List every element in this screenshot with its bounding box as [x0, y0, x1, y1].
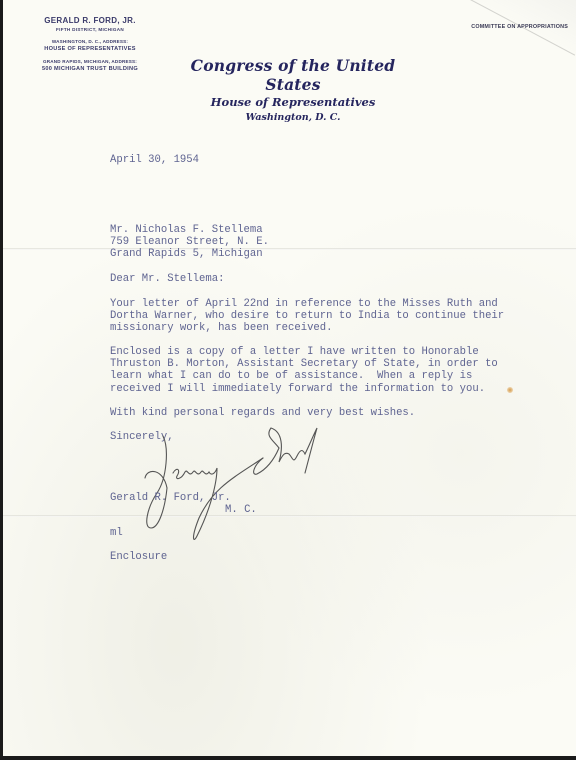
paragraph-line: received I will immediately forward the … [110, 383, 498, 395]
paragraph-line: missionary work, has been received. [110, 322, 504, 334]
paragraph-line: learn what I can do to be of assistance.… [110, 370, 498, 382]
washington-title: Washington, D. C. [173, 112, 413, 123]
sender-district: FIFTH DISTRICT, MICHIGAN [30, 27, 150, 32]
letter-date: April 30, 1954 [110, 154, 199, 166]
recipient-address: Mr. Nicholas F. Stellema759 Eleanor Stre… [110, 224, 269, 261]
congress-title: Congress of the United States [173, 56, 413, 94]
letterhead-title-block: Congress of the United States House of R… [173, 56, 413, 123]
recipient-line: Grand Rapids 5, Michigan [110, 248, 269, 260]
sender-name: GERALD R. FORD, JR. [30, 16, 150, 25]
typist-initials: ml [110, 527, 123, 539]
recipient-line: Mr. Nicholas F. Stellema [110, 224, 269, 236]
washington-address: HOUSE OF REPRESENTATIVES [30, 46, 150, 52]
paragraph-line: Dortha Warner, who desire to return to I… [110, 310, 504, 322]
fold-line-upper [3, 248, 576, 250]
letter-page: GERALD R. FORD, JR. FIFTH DISTRICT, MICH… [3, 0, 576, 756]
paragraph-1: Your letter of April 22nd in reference t… [110, 298, 504, 335]
signer-name: Gerald R. Ford, Jr. [110, 492, 231, 504]
letterhead-sender-block: GERALD R. FORD, JR. FIFTH DISTRICT, MICH… [30, 16, 150, 72]
grand-rapids-address-label: GRAND RAPIDS, MICHIGAN, ADDRESS: [30, 59, 150, 64]
committee-label: COMMITTEE ON APPROPRIATIONS [471, 24, 568, 30]
house-title: House of Representatives [173, 95, 413, 109]
paper-stain [507, 387, 513, 393]
paragraph-line: Enclosed is a copy of a letter I have wr… [110, 346, 498, 358]
salutation: Dear Mr. Stellema: [110, 273, 224, 285]
grand-rapids-address: 500 MICHIGAN TRUST BUILDING [30, 66, 150, 72]
signature [133, 418, 333, 548]
paragraph-2: Enclosed is a copy of a letter I have wr… [110, 346, 498, 395]
paragraph-line: Your letter of April 22nd in reference t… [110, 298, 504, 310]
signer-title: M. C. [225, 504, 257, 516]
paragraph-line: Thruston B. Morton, Assistant Secretary … [110, 358, 498, 370]
enclosure-note: Enclosure [110, 551, 167, 563]
washington-address-label: WASHINGTON, D. C., ADDRESS: [30, 39, 150, 44]
recipient-line: 759 Eleanor Street, N. E. [110, 236, 269, 248]
